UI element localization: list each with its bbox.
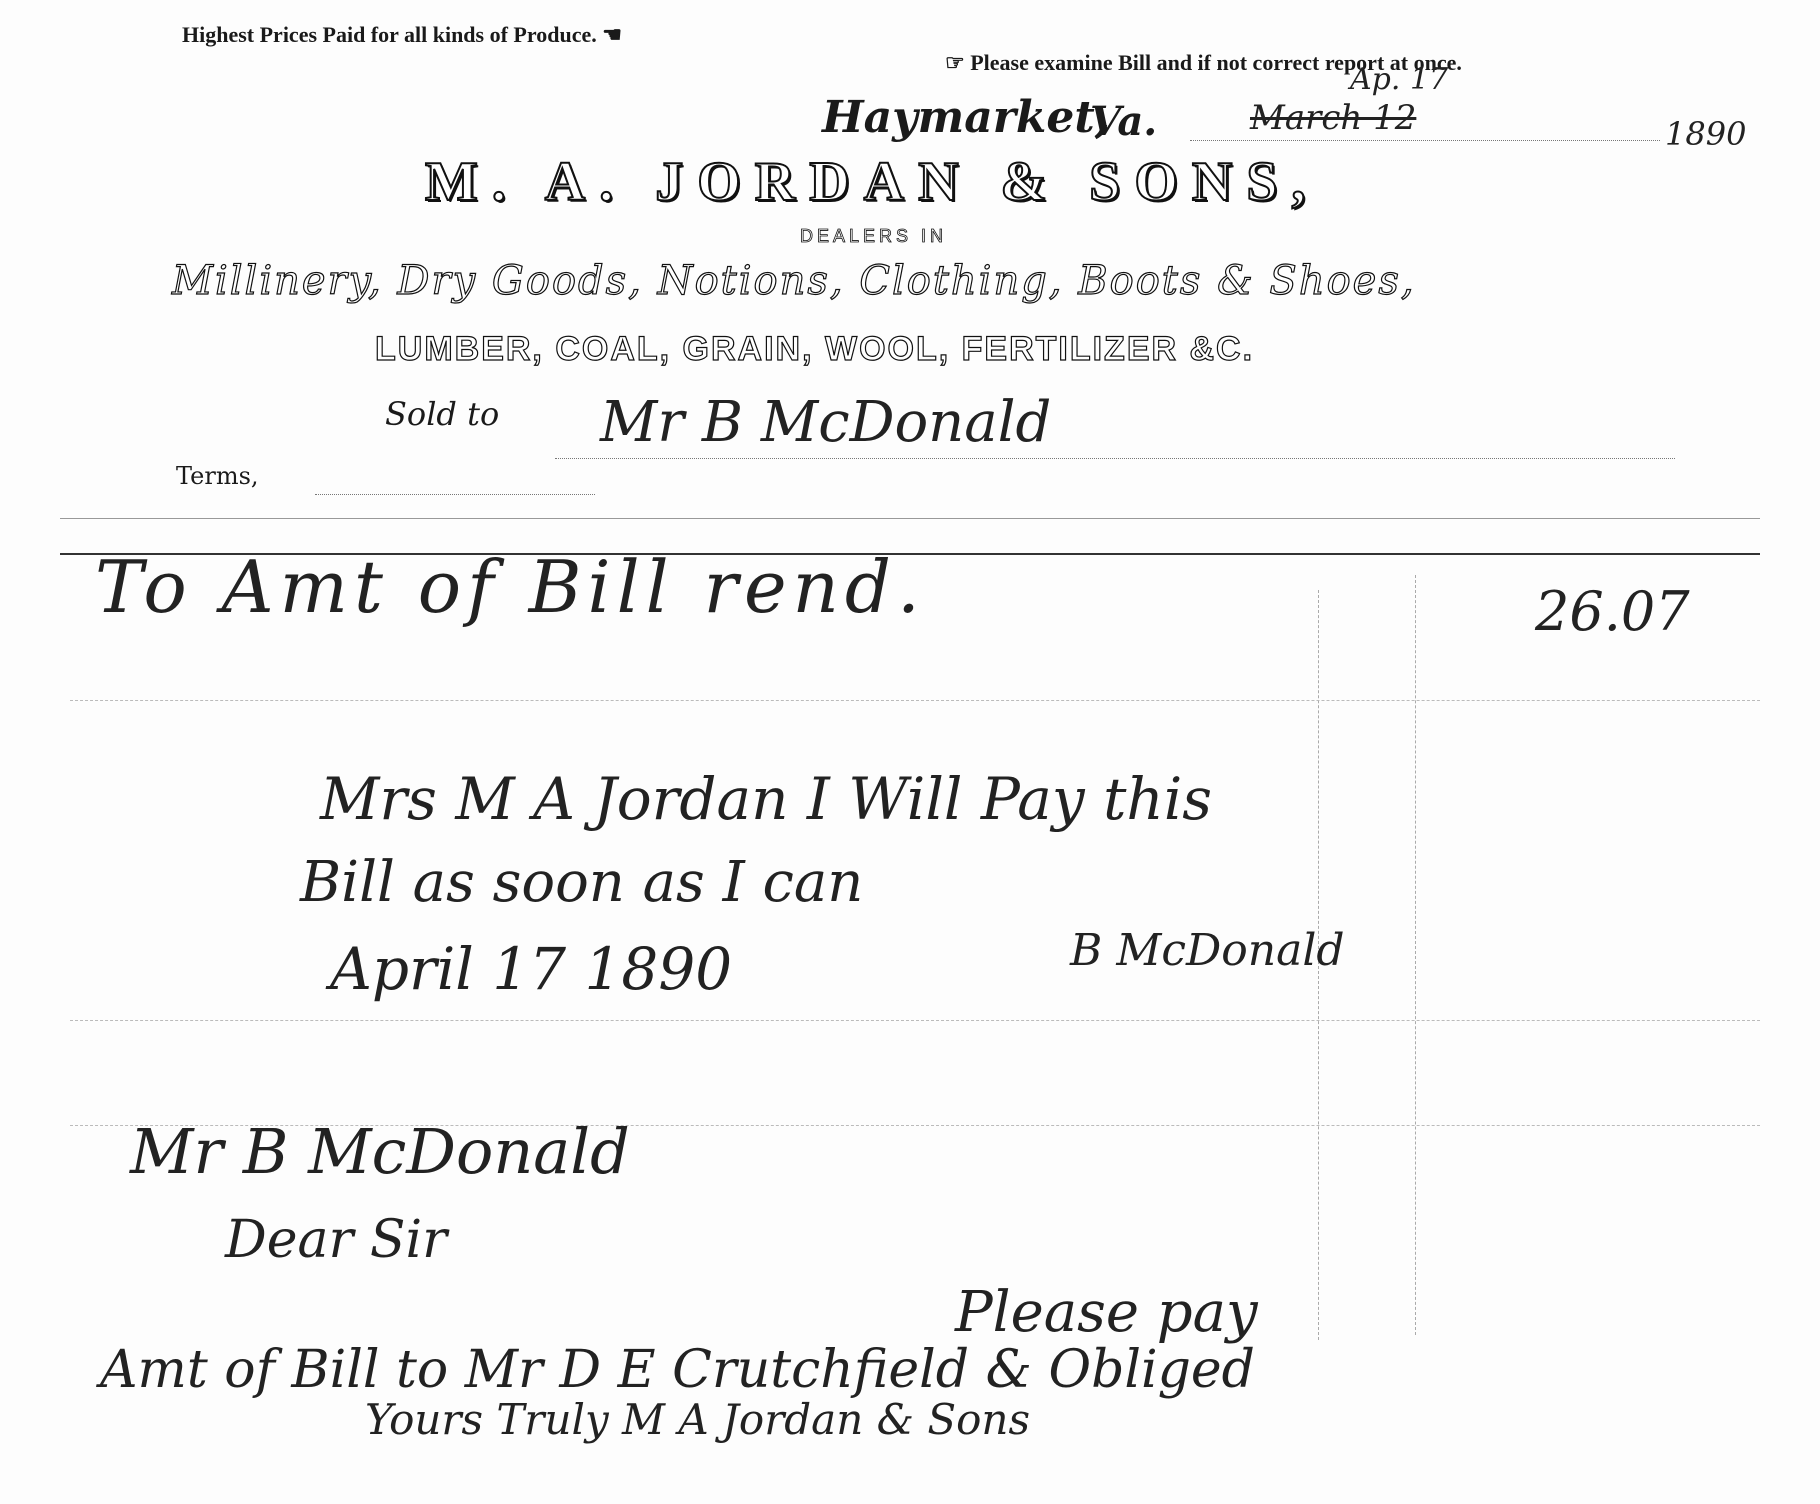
row-line [70, 700, 1760, 701]
column-line [1415, 575, 1416, 1335]
company-name: M. A. JORDAN & SONS, [425, 150, 1319, 214]
sold-to-value: Mr B McDonald [600, 390, 1051, 455]
letter-line-2: Amt of Bill to Mr D E Crutchfield & Obli… [100, 1340, 1255, 1400]
date-handwritten: March 12 [1250, 98, 1416, 138]
place-label: Haymarket, [822, 92, 1110, 143]
letter-salutation: Mr B McDonald [130, 1115, 630, 1188]
goods-line-1: Millinery, Dry Goods, Notions, Clothing,… [172, 258, 1416, 304]
dealers-in-label: DEALERS IN [800, 226, 947, 247]
produce-note-text: Highest Prices Paid for all kinds of Pro… [182, 22, 597, 47]
letter-line-1: Please pay [955, 1280, 1258, 1345]
pointing-hand-icon: ☞ [945, 50, 965, 75]
sold-to-line [555, 458, 1675, 459]
terms-line [315, 494, 595, 495]
goods-line-2: LUMBER, COAL, GRAIN, WOOL, FERTILIZER &C… [375, 330, 1254, 369]
date-correction: Ap. 17 [1350, 62, 1448, 97]
note-line-2: Bill as soon as I can [300, 850, 863, 915]
note-signature: B McDonald [1070, 925, 1345, 976]
date-line [1190, 140, 1660, 141]
header-divider [60, 518, 1760, 519]
line-item-amount: 26.07 [1535, 580, 1690, 643]
terms-label: Terms, [176, 462, 259, 490]
note-date: April 17 1890 [330, 935, 732, 1003]
produce-note: Highest Prices Paid for all kinds of Pro… [182, 22, 622, 48]
note-line-1: Mrs M A Jordan I Will Pay this [320, 765, 1212, 833]
state-label: Va. [1090, 98, 1157, 145]
invoice-page: Highest Prices Paid for all kinds of Pro… [0, 0, 1820, 1504]
line-item-description: To Amt of Bill rend. [95, 545, 926, 629]
letter-closing: Yours Truly M A Jordan & Sons [365, 1395, 1030, 1444]
row-line [70, 1020, 1760, 1021]
letter-greeting: Dear Sir [225, 1210, 447, 1270]
pointing-hand-icon: ☚ [602, 22, 622, 47]
year: 1890 [1665, 115, 1746, 153]
sold-to-label: Sold to [385, 395, 499, 433]
